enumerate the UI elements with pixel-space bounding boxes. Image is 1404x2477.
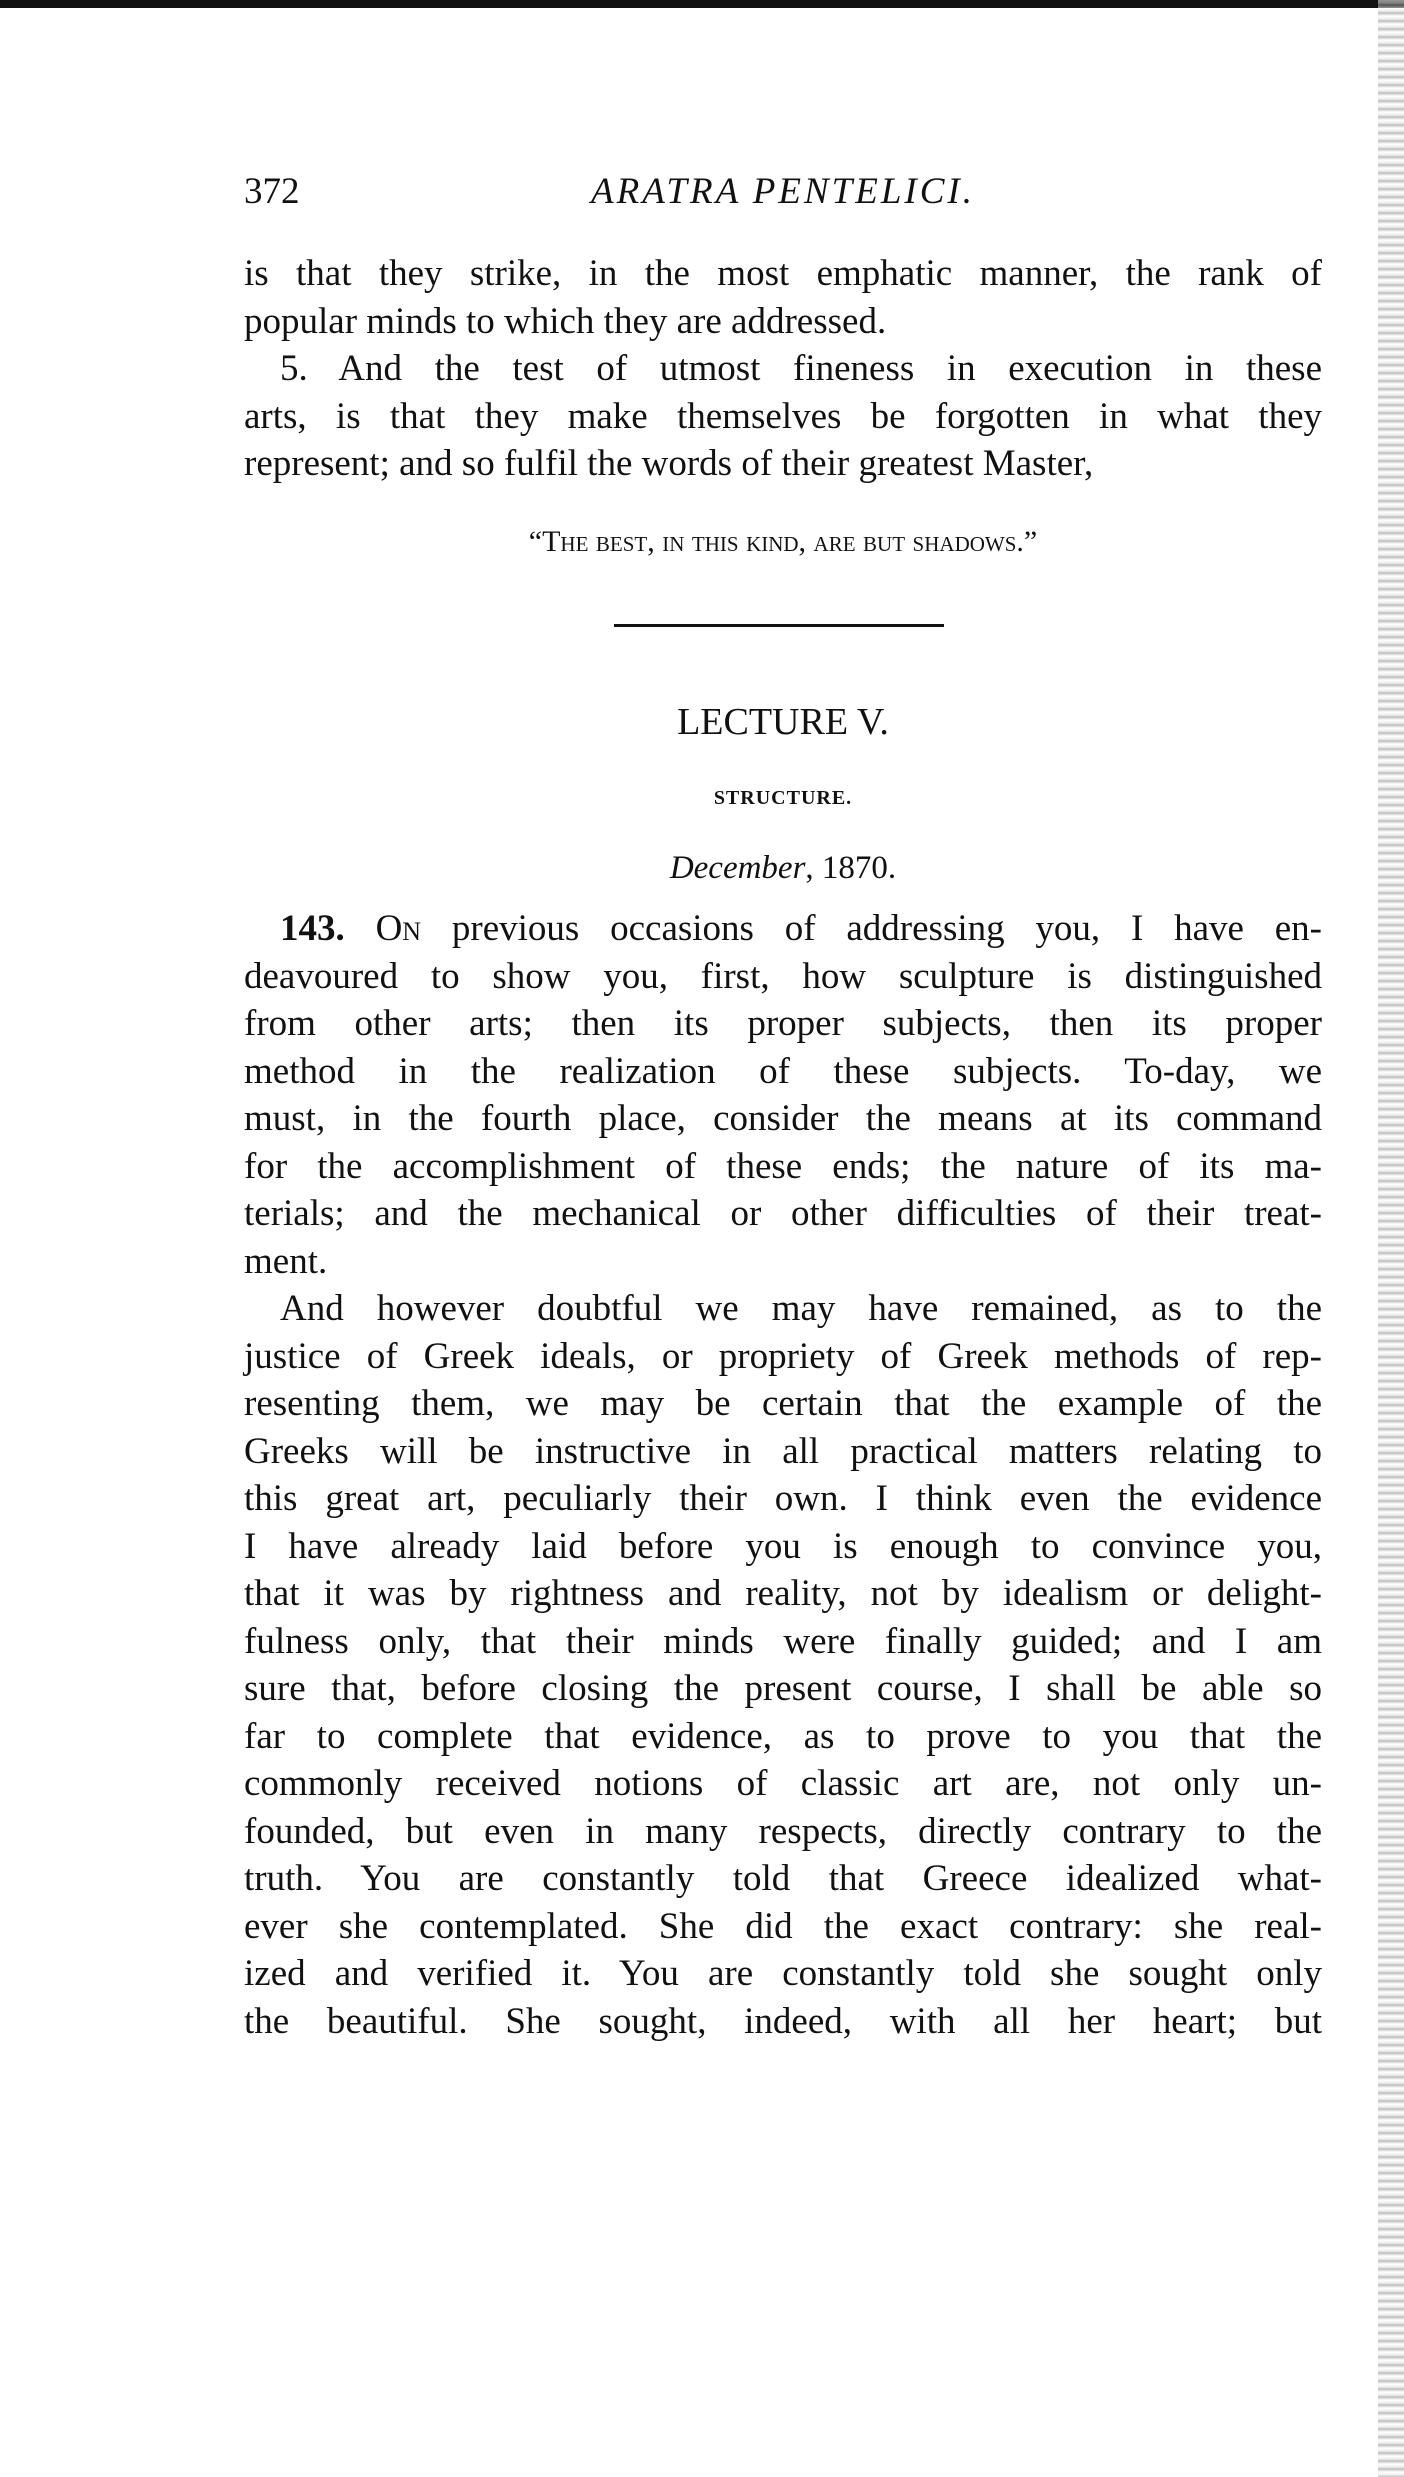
text-line: sure that, before closing the present co… bbox=[244, 1665, 1322, 1713]
text-line: for the accomplishment of these ends; th… bbox=[244, 1143, 1322, 1191]
lecture-date: December, 1870. bbox=[244, 850, 1322, 887]
text-line: is that they strike, in the most emphati… bbox=[244, 250, 1322, 298]
scan-top-border bbox=[0, 0, 1404, 8]
lecture-title: LECTURE V. bbox=[244, 700, 1322, 744]
scan-page-edge bbox=[1378, 0, 1404, 2477]
text-line: justice of Greek ideals, or propriety of… bbox=[244, 1333, 1322, 1381]
text-line: ment. bbox=[244, 1238, 1322, 1286]
date-year: , 1870. bbox=[805, 850, 896, 886]
text-line: Greeks will be instructive in all practi… bbox=[244, 1428, 1322, 1476]
text-line: And however doubtful we may have remaine… bbox=[244, 1285, 1322, 1333]
text-line: founded, but even in many respects, dire… bbox=[244, 1808, 1322, 1856]
text-line: far to complete that evidence, as to pro… bbox=[244, 1713, 1322, 1761]
text-line: the beautiful. She sought, indeed, with … bbox=[244, 1998, 1322, 2046]
lecture-subtitle: STRUCTURE. bbox=[244, 787, 1322, 810]
text-line: commonly received notions of classic art… bbox=[244, 1760, 1322, 1808]
text-line: ever she contemplated. She did the exact… bbox=[244, 1903, 1322, 1951]
text-line: I have already laid before you is enough… bbox=[244, 1523, 1322, 1571]
text-line: terials; and the mechanical or other dif… bbox=[244, 1190, 1322, 1238]
text-line: that it was by rightness and reality, no… bbox=[244, 1570, 1322, 1618]
text-line: deavoured to show you, first, how sculpt… bbox=[244, 953, 1322, 1001]
text-line: this great art, peculiarly their own. I … bbox=[244, 1475, 1322, 1523]
text-line: ized and verified it. You are constantly… bbox=[244, 1950, 1322, 1998]
running-head: 372 ARATRA PENTELICI. bbox=[244, 170, 1322, 220]
paragraph-143: 143. On previous occasions of addressing… bbox=[244, 905, 1322, 1285]
text-line: 143. On previous occasions of addressing… bbox=[244, 905, 1322, 953]
text-line: 5. And the test of utmost fineness in ex… bbox=[244, 345, 1322, 393]
text-line: method in the realization of these subje… bbox=[244, 1048, 1322, 1096]
text-line: truth. You are constantly told that Gree… bbox=[244, 1855, 1322, 1903]
first-word: On bbox=[376, 908, 422, 949]
text-line: popular minds to which they are addresse… bbox=[244, 298, 1322, 346]
date-month: December bbox=[670, 850, 806, 886]
text-line: must, in the fourth place, consider the … bbox=[244, 1095, 1322, 1143]
text-line: fulness only, that their minds were fina… bbox=[244, 1618, 1322, 1666]
intro-text: is that they strike, in the most emphati… bbox=[244, 250, 1322, 488]
shakespeare-quote: “The best, in this kind, are but shadows… bbox=[244, 525, 1322, 559]
section-divider bbox=[614, 624, 944, 627]
text-line: from other arts; then its proper subject… bbox=[244, 1000, 1322, 1048]
text-line: arts, is that they make themselves be fo… bbox=[244, 393, 1322, 441]
text-line: resenting them, we may be certain that t… bbox=[244, 1380, 1322, 1428]
running-title: ARATRA PENTELICI. bbox=[244, 170, 1322, 213]
paragraph-2: And however doubtful we may have remaine… bbox=[244, 1285, 1322, 2045]
text-line: represent; and so fulfil the words of th… bbox=[244, 440, 1322, 488]
paragraph-number: 143. bbox=[280, 908, 345, 949]
